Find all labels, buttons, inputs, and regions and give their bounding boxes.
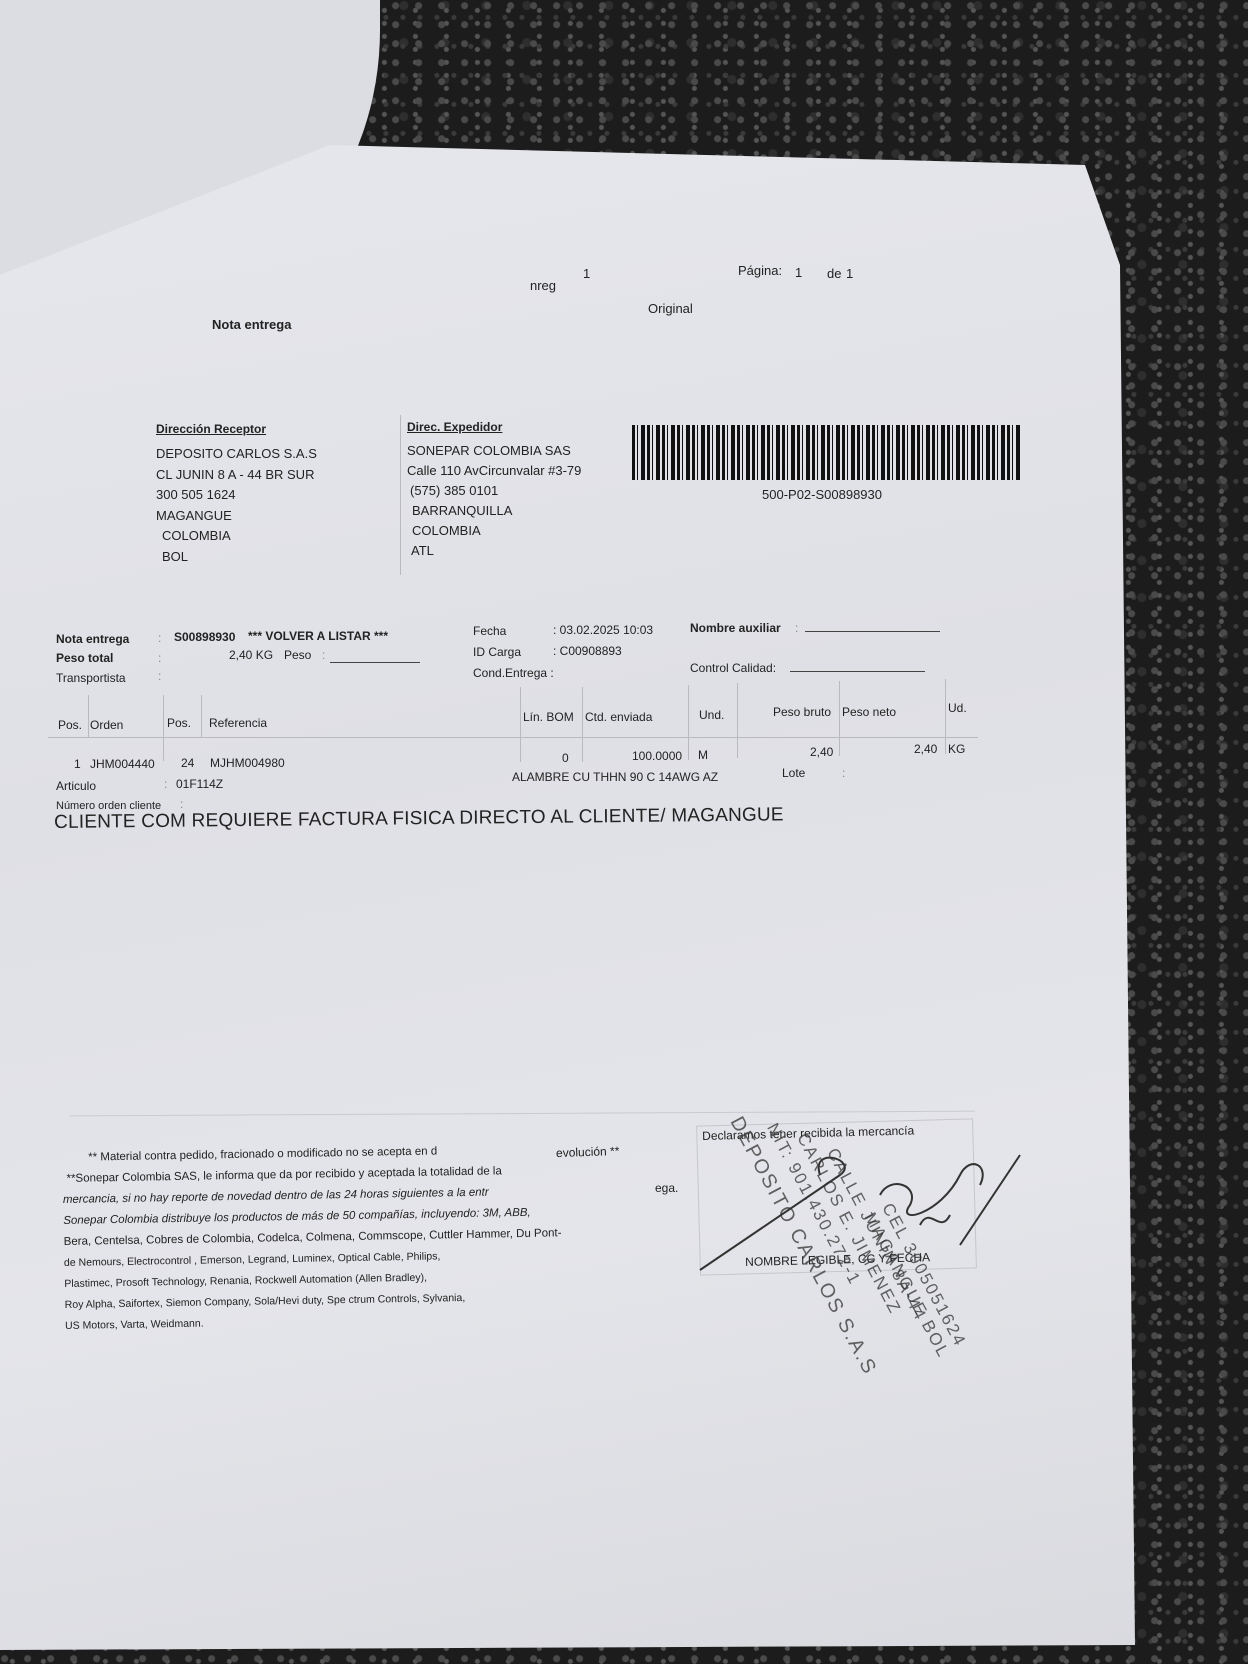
col-divider: [520, 687, 521, 762]
peso-field-line[interactable]: [330, 662, 420, 663]
cond-entrega-label: Cond.Entrega :: [473, 666, 554, 680]
articulo-value: 01F114Z: [176, 777, 223, 791]
cell-peso-bruto: 2,40: [810, 745, 833, 759]
nreg-label: nreg: [530, 278, 556, 293]
col-divider: [839, 681, 840, 756]
col-divider: [201, 695, 202, 737]
nombre-auxiliar-label: Nombre auxiliar: [690, 621, 781, 635]
receiver-line: COLOMBIA: [156, 526, 317, 547]
receiver-line: MAGANGUE: [156, 506, 317, 527]
receiver-title: Dirección Receptor: [156, 422, 266, 436]
cell-pos: 1: [74, 757, 81, 771]
th-referencia: Referencia: [209, 716, 267, 730]
sender-line: (575) 385 0101: [407, 481, 581, 501]
receiver-line: BOL: [156, 547, 317, 568]
th-ctd-enviada: Ctd. enviada: [585, 710, 652, 724]
col-divider: [88, 695, 89, 737]
fecha-label: Fecha: [473, 624, 506, 638]
cell-orden: JHM004440: [90, 757, 155, 771]
cell-ud: KG: [948, 742, 965, 756]
page-of: de: [827, 266, 841, 281]
transportista-label: Transportista: [56, 671, 126, 685]
item-description: ALAMBRE CU THHN 90 C 14AWG AZ: [512, 770, 718, 784]
cell-ctd-enviada: 100.0000: [632, 749, 682, 763]
th-pos2: Pos.: [167, 716, 191, 730]
articulo-label: Articulo: [56, 779, 96, 793]
note-banner: CLIENTE COM REQUIERE FACTURA FISICA DIRE…: [54, 804, 784, 834]
barcode-text: 500-P02-S00898930: [762, 487, 882, 502]
lote-label: Lote: [782, 766, 805, 780]
doc-title: Nota entrega: [212, 317, 291, 332]
colon: :: [795, 621, 798, 635]
page-current: 1: [795, 265, 802, 280]
colon: :: [158, 669, 161, 683]
peso-label: Peso: [284, 648, 311, 662]
col-divider: [737, 683, 738, 758]
sender-line: Calle 110 AvCircunvalar #3-79: [407, 461, 581, 481]
th-pos: Pos.: [58, 718, 82, 732]
cond-entrega-text: Cond.Entrega: [473, 666, 547, 680]
sender-line: ATL: [407, 541, 581, 561]
page-label: Página:: [738, 263, 782, 278]
id-carga-label: ID Carga: [473, 645, 521, 659]
sender-line: SONEPAR COLOMBIA SAS: [407, 441, 581, 461]
col-divider: [945, 679, 946, 754]
colon: :: [158, 631, 161, 645]
id-carga-value: : C00908893: [553, 644, 622, 658]
cell-pos2: 24: [181, 756, 194, 770]
col-divider: [582, 687, 583, 762]
sender-line: COLOMBIA: [407, 521, 581, 541]
sender-line: BARRANQUILLA: [407, 501, 581, 521]
peso-total-label: Peso total: [56, 651, 113, 665]
page-total: 1: [846, 266, 853, 281]
nota-flag: *** VOLVER A LISTAR ***: [248, 629, 388, 643]
copy-type: Original: [648, 301, 693, 316]
control-calidad-label: Control Calidad:: [690, 661, 776, 675]
nota-label: Nota entrega: [56, 632, 129, 646]
th-ud: Ud.: [948, 701, 967, 715]
nreg-value: 1: [583, 266, 590, 281]
colon: :: [842, 766, 845, 780]
receiver-line: DEPOSITO CARLOS S.A.S: [156, 444, 317, 465]
cell-und: M: [698, 748, 708, 762]
receiver-line: 300 505 1624: [156, 485, 317, 506]
devolucion-tail: evolución **: [556, 1144, 620, 1160]
receiver-line: CL JUNIN 8 A - 44 BR SUR: [156, 465, 317, 486]
delivery-note-document: nreg 1 Página: 1 de 1 Original Nota entr…: [0, 145, 1140, 1650]
peso-total-value: 2,40 KG: [229, 648, 273, 662]
colon: :: [180, 797, 183, 811]
col-divider: [163, 695, 164, 761]
id-carga-text: C00908893: [560, 644, 622, 658]
fecha-text: 03.02.2025 10:03: [560, 623, 653, 637]
address-divider: [400, 415, 401, 575]
footer-terms: ** Material contra pedido, fracionado o …: [62, 1139, 563, 1337]
footer-divider: [70, 1111, 975, 1117]
sender-address: SONEPAR COLOMBIA SAS Calle 110 AvCircunv…: [407, 441, 581, 561]
th-orden: Orden: [90, 718, 123, 732]
handwritten-signature: [690, 1135, 1030, 1285]
control-calidad-field-line[interactable]: [790, 671, 925, 672]
entrega-tail: ega.: [655, 1181, 678, 1195]
cell-lin-bom: 0: [562, 751, 569, 765]
colon: :: [164, 777, 167, 791]
colon: :: [322, 648, 325, 662]
th-peso-neto: Peso neto: [842, 705, 896, 719]
th-lin-bom: Lín. BOM: [523, 710, 574, 724]
barcode: [632, 425, 1022, 480]
th-und: Und.: [699, 708, 724, 722]
receiver-address: DEPOSITO CARLOS S.A.S CL JUNIN 8 A - 44 …: [156, 444, 317, 567]
th-peso-bruto: Peso bruto: [773, 705, 831, 719]
nombre-auxiliar-field-line[interactable]: [805, 631, 940, 632]
cell-peso-neto: 2,40: [914, 742, 937, 756]
col-divider: [688, 685, 689, 760]
fecha-value: : 03.02.2025 10:03: [553, 623, 653, 637]
nota-value: S00898930: [174, 630, 235, 644]
cell-referencia: MJHM004980: [210, 756, 285, 770]
sender-title: Direc. Expedidor: [407, 420, 502, 434]
colon: :: [158, 651, 161, 665]
